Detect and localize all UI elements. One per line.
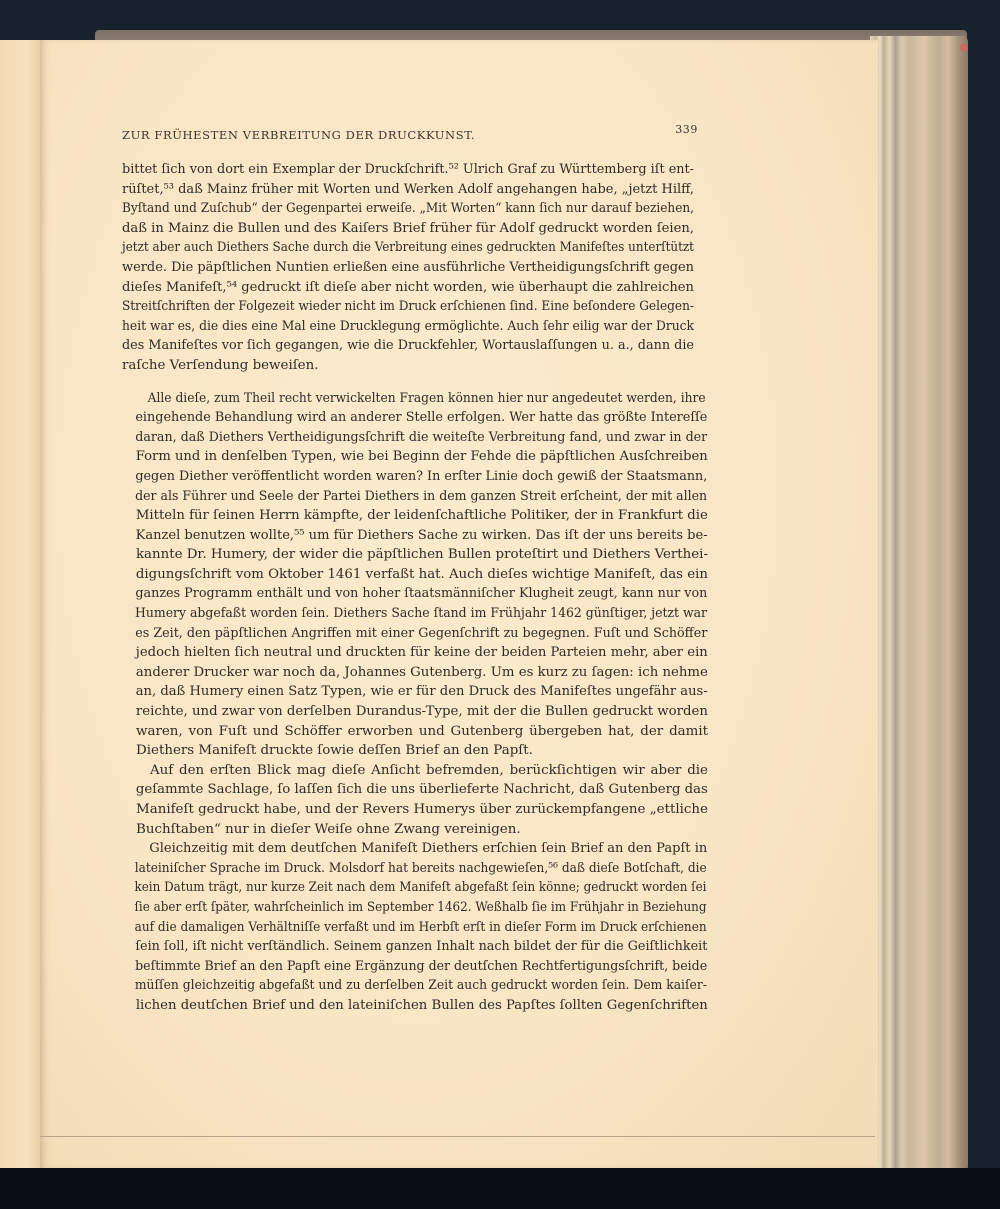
- running-header: ZUR FRÜHESTEN VERBREITUNG DER DRUCKKUNST…: [122, 128, 698, 144]
- bookmark-tab: [960, 44, 967, 51]
- text-line: Byſtand und Zuſchub“ der Gegenpartei erw…: [122, 199, 694, 219]
- text-line: auf die damaligen Verhältniſſe verfaßt u…: [122, 918, 694, 938]
- paragraph-4: Gleichzeitig mit dem deutſchen Manifeſt …: [122, 839, 694, 1015]
- page-fold-crease: [40, 1136, 875, 1137]
- text-line: ganzes Programm enthält und von hoher ſt…: [122, 584, 694, 604]
- text-line: Kanzel benutzen wollte,⁵⁵ um für Diether…: [122, 526, 694, 546]
- text-line: der als Führer und Seele der Partei Diet…: [122, 487, 694, 507]
- text-line: anderer Drucker war noch da, Johannes Gu…: [122, 663, 694, 683]
- text-line: waren, von Fuſt und Schöffer erworben un…: [122, 722, 694, 742]
- text-line: gegen Diether veröffentlicht worden ware…: [122, 467, 694, 487]
- text-line: ſie aber erſt ſpäter, wahrſcheinlich im …: [122, 898, 694, 918]
- text-line: reichte, und zwar von derſelben Durandus…: [122, 702, 694, 722]
- text-line: daran, daß Diethers Vertheidigungsſchrif…: [122, 428, 694, 448]
- paragraph-2: Alle dieſe, zum Theil recht verwickelten…: [122, 389, 694, 761]
- text-line: bittet ſich von dort ein Exemplar der Dr…: [122, 160, 694, 180]
- text-line: Gleichzeitig mit dem deutſchen Manifeſt …: [122, 839, 694, 859]
- text-line: eingehende Behandlung wird an anderer St…: [122, 408, 694, 428]
- body-text: bittet ſich von dort ein Exemplar der Dr…: [122, 160, 694, 1016]
- paragraph-1: bittet ſich von dort ein Exemplar der Dr…: [122, 160, 694, 376]
- text-line: Form und in denſelben Typen, wie bei Beg…: [122, 447, 694, 467]
- text-line: heit war es, die dies eine Mal eine Druc…: [122, 317, 694, 337]
- text-line: Mitteln für ſeinen Herrn kämpfte, der le…: [122, 506, 694, 526]
- text-line: lateiniſcher Sprache im Druck. Molsdorf …: [122, 859, 694, 879]
- text-line: Alle dieſe, zum Theil recht verwickelten…: [122, 389, 693, 409]
- page-block-edge: [870, 36, 968, 1172]
- text-line: Humery abgefaßt worden ſein. Diethers Sa…: [122, 604, 694, 624]
- paragraph-3: Auf den erſten Blick mag dieſe Anſicht b…: [122, 761, 694, 839]
- text-line: Buchſtaben“ nur in dieſer Weiſe ohne Zwa…: [122, 820, 694, 840]
- text-line: werde. Die päpſtlichen Nuntien erließen …: [122, 258, 694, 278]
- text-line: müſſen gleichzeitig abgefaßt und zu derſ…: [122, 976, 694, 996]
- text-line: kein Datum trägt, nur kurze Zeit nach de…: [122, 878, 694, 898]
- text-line: an, daß Humery einen Satz Typen, wie er …: [122, 682, 694, 702]
- running-head-title: ZUR FRÜHESTEN VERBREITUNG DER DRUCKKUNST…: [122, 128, 475, 142]
- text-line: lichen deutſchen Brief und den lateiniſc…: [122, 996, 694, 1016]
- text-line: es Zeit, den päpſtlichen Angriffen mit e…: [122, 624, 694, 644]
- page-number: 339: [675, 123, 698, 136]
- text-line: raſche Verſendung beweiſen.: [122, 356, 694, 376]
- facing-page-edge: [0, 40, 41, 1170]
- text-line: jetzt aber auch Diethers Sache durch die…: [122, 238, 694, 258]
- text-line: Diethers Manifeſt druckte ſowie deſſen B…: [122, 741, 694, 761]
- book-page: ZUR FRÜHESTEN VERBREITUNG DER DRUCKKUNST…: [40, 40, 878, 1168]
- text-line: des Manifeſtes vor ſich gegangen, wie di…: [122, 336, 694, 356]
- text-line: geſammte Sachlage, ſo laſſen ſich die un…: [122, 780, 694, 800]
- text-line: beſtimmte Brief an den Papſt eine Ergänz…: [122, 957, 694, 977]
- text-line: Manifeſt gedruckt habe, und der Revers H…: [122, 800, 694, 820]
- text-line: kannte Dr. Humery, der wider die päpſtli…: [122, 545, 694, 565]
- text-line: dieſes Manifeſt,⁵⁴ gedruckt iſt dieſe ab…: [122, 278, 694, 298]
- text-line: Streitſchriften der Folgezeit wieder nic…: [122, 297, 694, 317]
- background-shadow: [0, 1168, 1000, 1209]
- text-line: Auf den erſten Blick mag dieſe Anſicht b…: [122, 761, 694, 781]
- text-line: digungsſchrift vom Oktober 1461 verfaßt …: [122, 565, 694, 585]
- text-line: daß in Mainz die Bullen und des Kaiſers …: [122, 219, 694, 239]
- text-line: ſein ſoll, iſt nicht verſtändlich. Seine…: [122, 937, 694, 957]
- text-line: rüſtet,⁵³ daß Mainz früher mit Worten un…: [122, 180, 694, 200]
- text-line: jedoch hielten ſich neutral und druckten…: [122, 643, 694, 663]
